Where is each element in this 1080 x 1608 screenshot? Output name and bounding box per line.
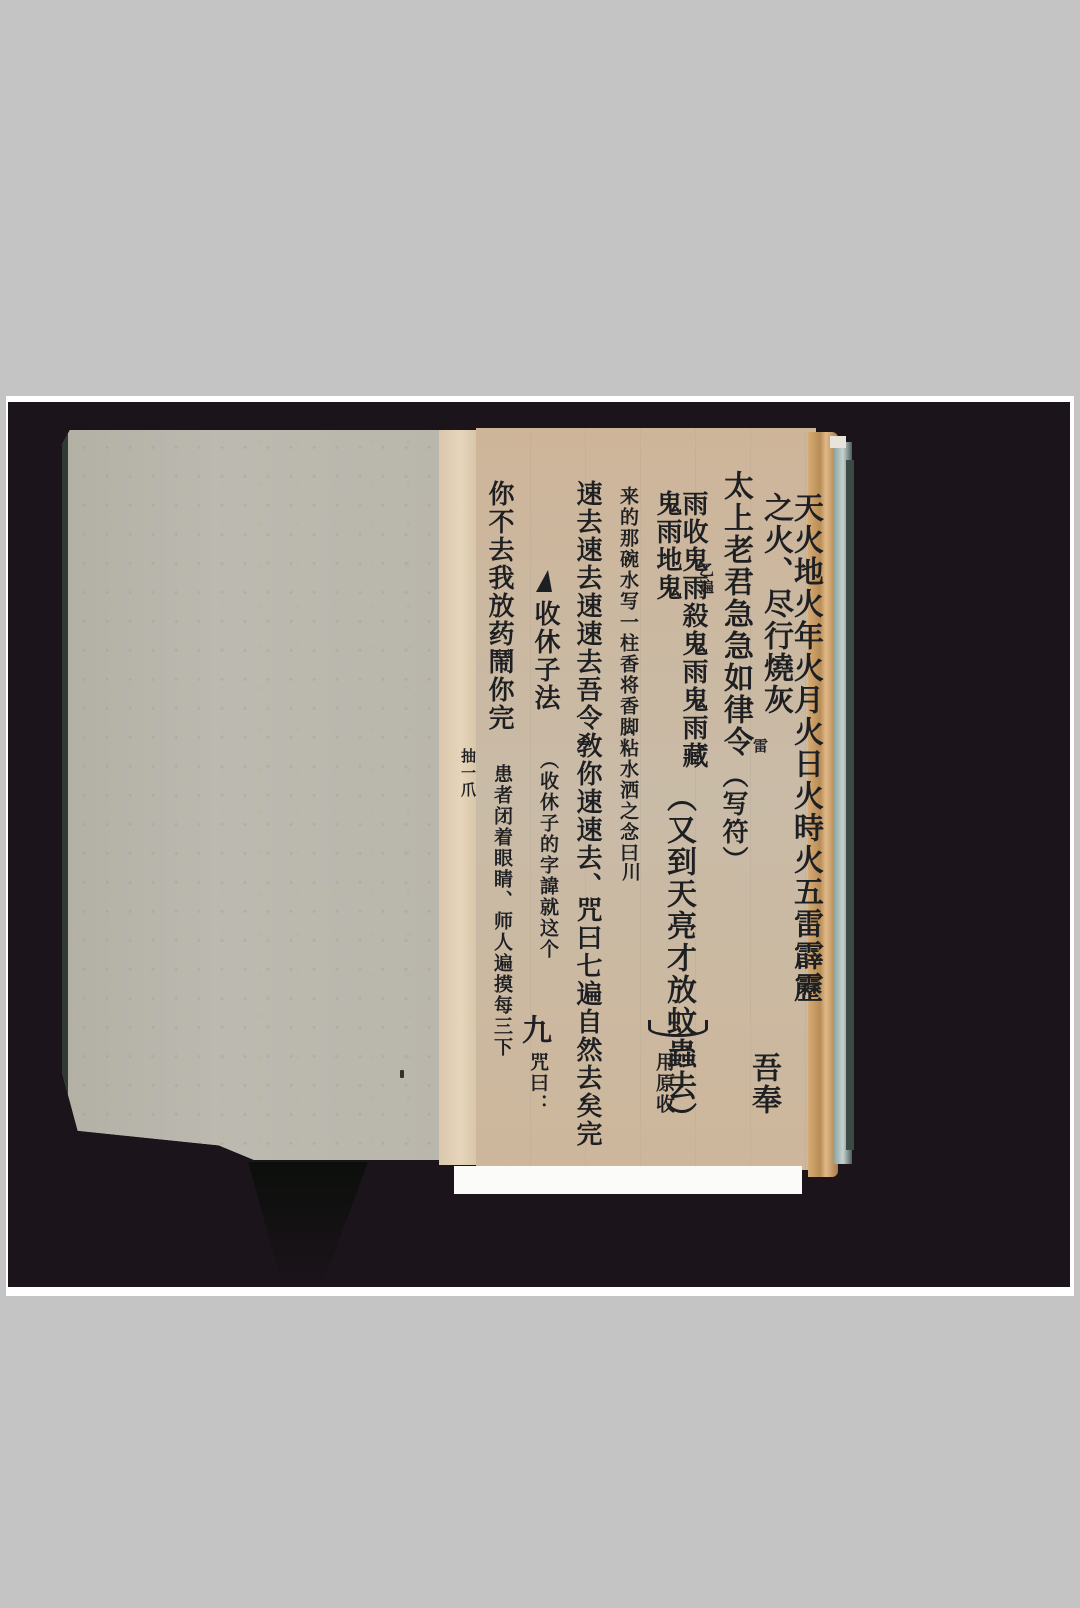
text-column-6-heading: 收休子法 [532,600,558,712]
ink-spot [400,1070,404,1078]
back-cover-edge [846,460,854,1150]
white-paper-slip [454,1166,802,1194]
text-column-2-bracket-note: （写符） [720,762,746,874]
text-column-1-footer: 吾奉 [748,1052,778,1116]
page-tab [830,436,846,448]
text-column-1: 天火地火年火月火日火時火五雷霹靂之火、尽行燒灰 [760,492,820,1012]
left-page-blank [62,430,454,1160]
text-column-3-footer: 用原收 [654,1052,673,1115]
text-column-4: 来的那碗水写一柱香将香脚粘水洒之念曰 [618,486,637,864]
text-column-5-continuation: 咒曰七遍自然去矣完 [574,896,600,1148]
text-column-2-side-note-2: 雷 [752,738,767,755]
text-column-5: 速去速去速速去吾令敎你速速去、 [574,480,600,900]
section-marker-icon [536,570,552,592]
text-column-2: 太上老君急急如律令 [720,470,750,758]
text-column-6-seal-glyph: 九 [518,1014,548,1046]
text-column-7-continuation: 患者闭着眼睛、师人遍摸每三下 [492,764,511,1058]
text-column-8: 抽一爪 [460,748,475,799]
text-column-6-tail: 咒曰： [528,1052,547,1115]
text-column-7: 你不去我放药鬧你完 [486,480,512,732]
photo-frame: 天火地火年火月火日火時火五雷霹靂之火、尽行燒灰 吾奉 太上老君急急如律令 乙遍 … [6,396,1074,1296]
text-column-3: 雨收鬼雨殺鬼雨鬼雨藏鬼雨地鬼 [654,490,706,790]
bracket-arc [648,1020,708,1037]
manuscript-photo: 天火地火年火月火日火時火五雷霹靂之火、尽行燒灰 吾奉 太上老君急急如律令 乙遍 … [8,402,1070,1287]
text-column-6-bracket-note: （收休子的字諱就这个 [538,750,557,960]
book-shadow [248,1162,368,1287]
text-column-4-tail-mark: 川 [620,862,639,883]
